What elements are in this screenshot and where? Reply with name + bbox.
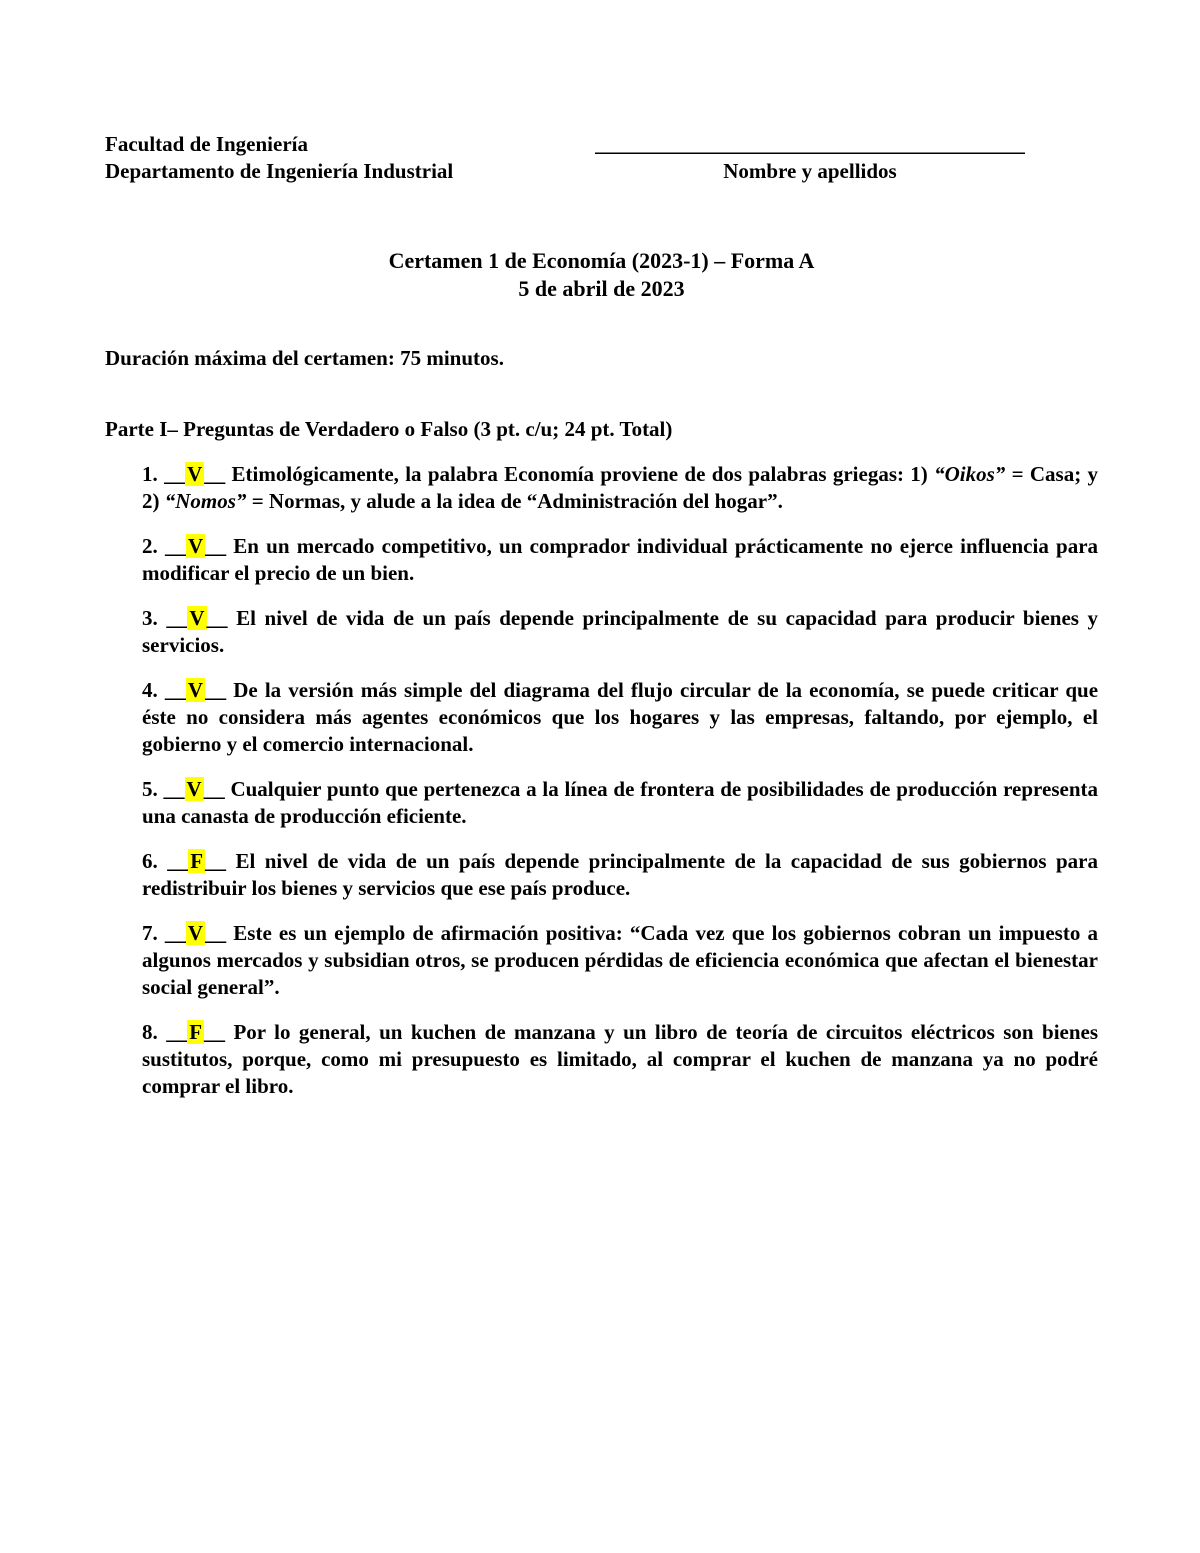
name-blank-line: ________________________________________… [595,131,1025,158]
highlighted-answer-mark: V [186,534,205,558]
question-8: 8. __F__ Por lo general, un kuchen de ma… [142,1019,1098,1100]
question-text-segment: Cualquier punto que pertenezca a la líne… [142,777,1098,828]
question-text-segment: “Nomos” [165,489,247,513]
question-3: 3. __V__ El nivel de vida de un país dep… [142,605,1098,659]
question-7: 7. __V__ Este es un ejemplo de afirmació… [142,920,1098,1001]
question-text-segment: En un mercado competitivo, un comprador … [142,534,1098,585]
institution-block: Facultad de Ingeniería Departamento de I… [105,131,453,185]
answer-blank-pre: __ [164,777,185,801]
answer-blank-pre: __ [165,678,186,702]
exam-document-page: Facultad de Ingeniería Departamento de I… [0,0,1200,1553]
faculty-name: Facultad de Ingeniería [105,131,453,158]
question-4: 4. __V__ De la versión más simple del di… [142,677,1098,758]
question-text-segment: El nivel de vida de un país depende prin… [142,606,1098,657]
answer-blank-pre: __ [165,921,186,945]
highlighted-answer-mark: V [185,777,204,801]
highlighted-answer-mark: V [186,678,205,702]
answer-blank-post: __ [204,1020,225,1044]
department-name: Departamento de Ingeniería Industrial [105,158,453,185]
question-2: 2. __V__ En un mercado competitivo, un c… [142,533,1098,587]
answer-blank-post: __ [207,606,228,630]
highlighted-answer-mark: V [185,462,204,486]
question-text-segment: Etimológicamente, la palabra Economía pr… [232,462,935,486]
questions-list: 1. __V__ Etimológicamente, la palabra Ec… [142,461,1098,1100]
answer-blank-pre: __ [166,1020,187,1044]
answer-blank-pre: __ [165,534,186,558]
question-6: 6. __F__ El nivel de vida de un país dep… [142,848,1098,902]
exam-date: 5 de abril de 2023 [105,275,1098,303]
question-text-segment: El nivel de vida de un país depende prin… [142,849,1098,900]
part1-heading: Parte I– Preguntas de Verdadero o Falso … [105,416,1098,443]
document-header: Facultad de Ingeniería Departamento de I… [105,131,1098,185]
answer-blank-pre: __ [167,849,188,873]
question-text-segment: “Oikos” [934,462,1005,486]
highlighted-answer-mark: F [187,1020,204,1044]
exam-title: Certamen 1 de Economía (2023-1) – Forma … [105,247,1098,275]
highlighted-answer-mark: V [187,606,206,630]
question-text-segment: = Normas, y alude a la idea de “Administ… [246,489,782,513]
name-field-label: Nombre y apellidos [595,158,1025,185]
answer-blank-post: __ [204,462,225,486]
question-text-segment: De la versión más simple del diagrama de… [142,678,1098,756]
student-name-field: ________________________________________… [595,131,1025,185]
answer-blank-pre: __ [166,606,187,630]
highlighted-answer-mark: V [186,921,205,945]
question-text-segment: Por lo general, un kuchen de manzana y u… [142,1020,1098,1098]
answer-blank-post: __ [205,849,226,873]
question-text-segment: Este es un ejemplo de afirmación positiv… [142,921,1098,999]
duration-note: Duración máxima del certamen: 75 minutos… [105,345,1098,372]
answer-blank-post: __ [204,777,225,801]
highlighted-answer-mark: F [188,849,205,873]
answer-blank-post: __ [205,921,226,945]
answer-blank-post: __ [205,678,226,702]
answer-blank-post: __ [205,534,226,558]
question-1: 1. __V__ Etimológicamente, la palabra Ec… [142,461,1098,515]
question-5: 5. __V__ Cualquier punto que pertenezca … [142,776,1098,830]
answer-blank-pre: __ [164,462,185,486]
exam-title-block: Certamen 1 de Economía (2023-1) – Forma … [105,247,1098,303]
